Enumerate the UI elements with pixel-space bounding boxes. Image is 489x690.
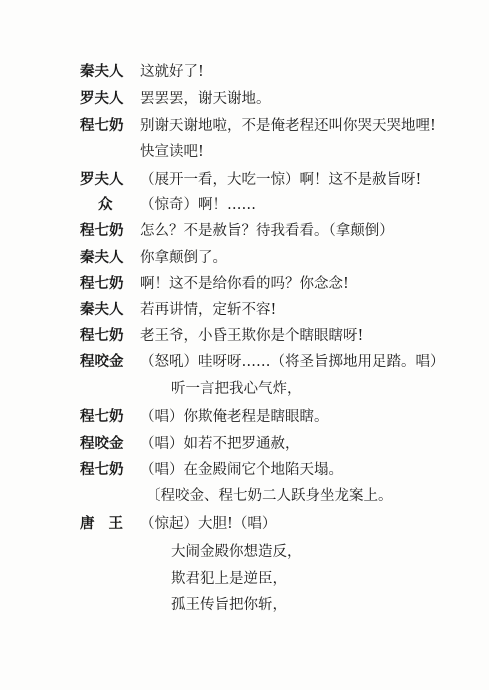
dialogue-line [0,588,489,612]
dialogue-line: 秦夫人 你拿颠倒了。 [0,246,489,270]
dialogue-text: 罢罢罢，谢天谢地。 [140,87,271,111]
dialogue-line: 程咬金 （怒吼）哇呀呀……（将圣旨掷地用足踏。唱） [0,350,489,374]
dialogue-line: 程七奶 （唱）在金殿闹它个地陷天塌。 [0,458,489,482]
dialogue-text: （唱）你欺俺老程是瞎眼瞎。 [140,405,329,429]
speaker-name: 程七奶 [80,272,124,296]
dialogue-line: 程七奶 （唱）你欺俺老程是瞎眼瞎。 [0,405,489,429]
dialogue-text: 快宣读吧! [140,140,204,164]
dialogue-text: （唱）如若不把罗通赦， [140,432,300,456]
dialogue-line: 程七奶 老王爷，小昏王欺你是个瞎眼瞎呀! [0,324,489,348]
verse-text: 大闹金殿你想造反， [171,540,302,564]
speaker-name: 众 [98,193,113,217]
speaker-name: 程七奶 [80,324,124,348]
dialogue-text: （惊起）大胆!（唱） [140,512,276,536]
speaker-name: 程七奶 [80,405,124,429]
dialogue-text: （怒吼）哇呀呀……（将圣旨掷地用足踏。唱） [140,350,445,374]
speaker-name: 程咬金 [80,432,124,456]
verse-line: 大闹金殿你想造反， [0,540,489,564]
dialogue-line: 众 （惊奇）啊！…… [0,193,489,217]
speaker-name: 程七奶 [80,114,124,138]
dialogue-text: 这就好了! [140,60,204,84]
stage-direction-text: 〔程咬金、程七奶二人跃身坐龙案上。 [146,484,393,508]
dialogue-text: 啊！这不是给你看的吗？你念念! [140,272,349,296]
dialogue-line: 秦夫人 若再讲情，定斩不容! [0,298,489,322]
dialogue-text: 怎么？不是赦旨？待我看看。（拿颠倒） [140,219,394,243]
speaker-name: 秦夫人 [80,298,124,322]
dialogue-text: （展开一看，大吃一惊）啊！这不是赦旨呀! [140,168,421,192]
dialogue-line: 程七奶 啊！这不是给你看的吗？你念念! [0,272,489,296]
speaker-name: 程七奶 [80,458,124,482]
dialogue-text: 你拿颠倒了。 [140,246,227,270]
dialogue-line: 唐王 （惊起）大胆!（唱） [0,512,489,536]
dialogue-text: 老王爷，小昏王欺你是个瞎眼瞎呀! [140,324,363,348]
speaker-name: 罗夫人 [80,168,124,192]
verse-line: 听一言把我心气炸， [0,377,489,401]
speaker-name: 秦夫人 [80,246,124,270]
dialogue-continuation: 快宣读吧! [0,140,489,164]
speaker-name: 程七奶 [80,219,124,243]
dialogue-line: 罗夫人 （展开一看，大吃一惊）啊！这不是赦旨呀! [0,168,489,192]
dialogue-line: 秦夫人 这就好了! [0,60,489,84]
speaker-name: 罗夫人 [80,87,124,111]
speaker-name: 唐王 [80,512,137,536]
dialogue-line: 罗夫人 罢罢罢，谢天谢地。 [0,87,489,111]
dialogue-line: 程七奶 怎么？不是赦旨？待我看看。（拿颠倒） [0,219,489,243]
dialogue-text: 别谢天谢地啦，不是俺老程还叫你哭天哭地哩! [140,114,436,138]
dialogue-text: （唱）在金殿闹它个地陷天塌。 [140,458,343,482]
dialogue-text: （惊奇）啊！…… [140,193,256,217]
stage-direction: 〔程咬金、程七奶二人跃身坐龙案上。 [0,484,489,508]
dialogue-line: 程咬金 （唱）如若不把罗通赦， [0,432,489,456]
speaker-name: 秦夫人 [80,60,124,84]
speaker-name: 程咬金 [80,350,124,374]
dialogue-text: 若再讲情，定斩不容! [140,298,276,322]
dialogue-line: 程七奶 别谢天谢地啦，不是俺老程还叫你哭天哭地哩! [0,114,489,138]
verse-text: 听一言把我心气炸， [171,377,302,401]
